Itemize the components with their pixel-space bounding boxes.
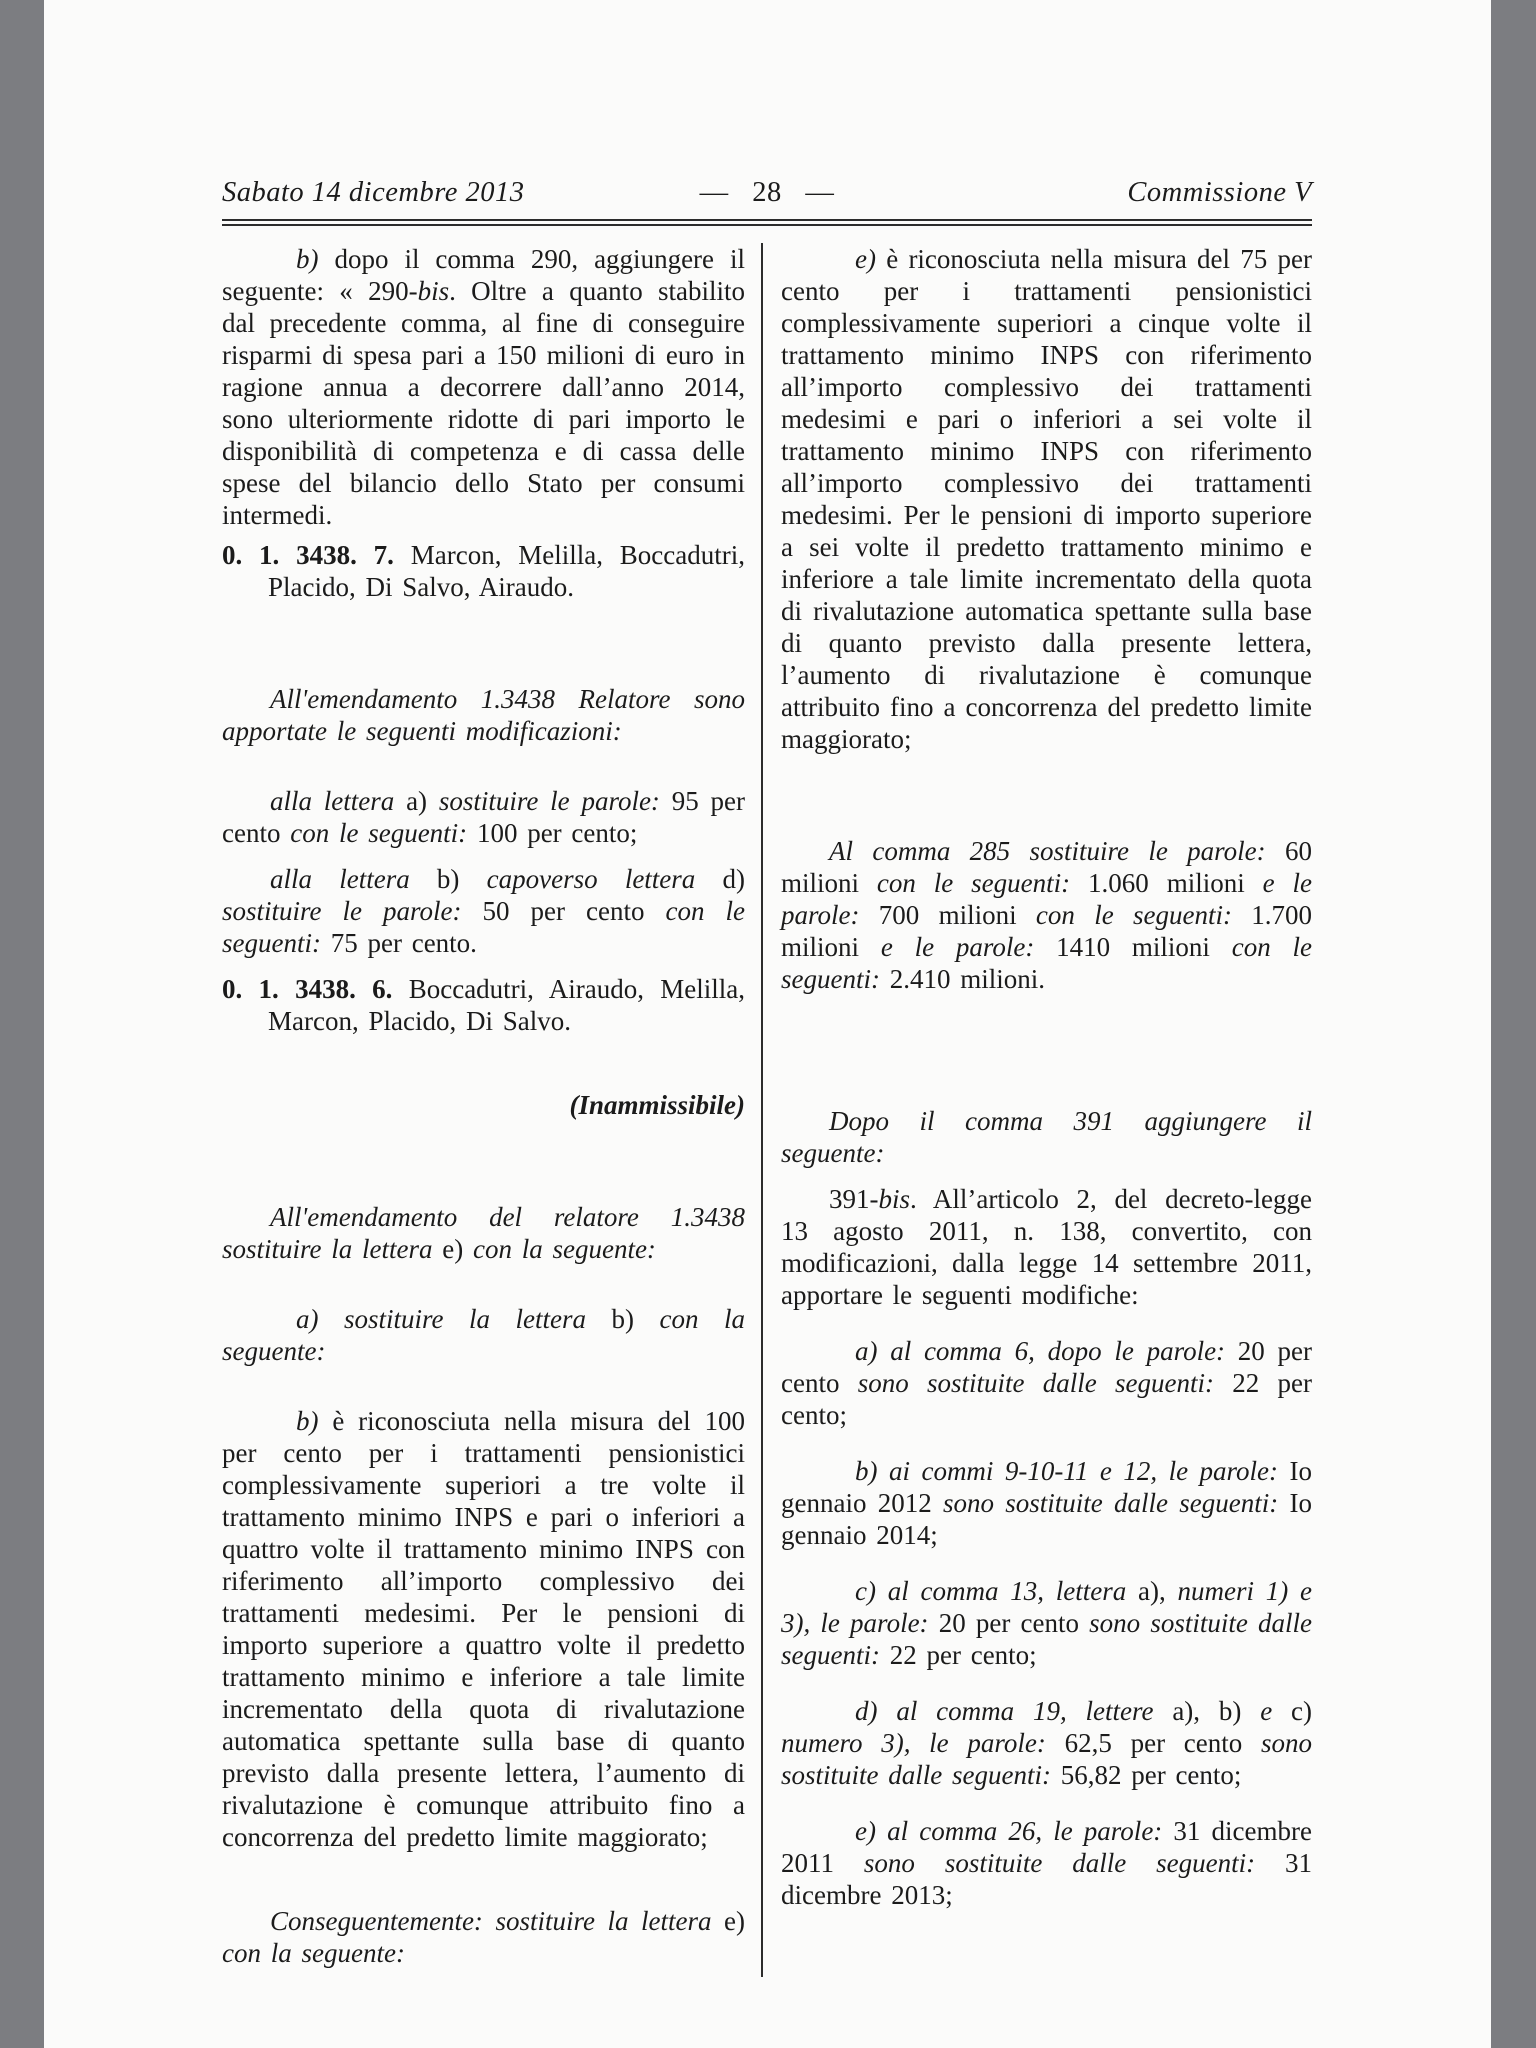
text-segment: a), [1138,1576,1178,1606]
header-page-number: — 28 — [700,176,835,210]
column-right: e) è riconosciuta nella misura del 75 pe… [763,243,1312,1977]
text-segment: 50 per cento [483,896,666,926]
text-segment: a) [406,786,439,816]
text-segment: 22 per cento; [890,1640,1037,1670]
text-segment: a) al comma 6, dopo le parole: [855,1336,1238,1366]
text-segment: b) ai commi 9-10-11 e 12, le parole: [855,1456,1290,1486]
page-header: Sabato 14 dicembre 2013 — 28 — Commissio… [222,176,1312,226]
text-segment: 75 per cento. [331,928,477,958]
paragraph: All'emendamento 1.3438 Relatore sono app… [222,683,745,747]
paragraph: All'emendamento del relatore 1.3438 sost… [222,1201,745,1265]
paragraph: (Inammissibile) [222,1089,745,1121]
text-segment: con le seguenti: [290,818,477,848]
text-segment: 62,5 per cento [1065,1728,1261,1758]
text-segment: d) al comma 19, lettere [855,1696,1172,1726]
text-segment: (Inammissibile) [569,1090,745,1120]
text-segment: è riconosciuta nella misura del 75 per c… [781,244,1312,754]
paragraph: Dopo il comma 391 aggiungere il seguente… [781,1105,1312,1169]
text-columns: b) dopo il comma 290, aggiungere il segu… [222,243,1312,1977]
paragraph: alla lettera a) sostituire le parole: 95… [222,785,745,849]
text-segment: All'emendamento 1.3438 Relatore sono app… [222,684,745,746]
text-segment: . Oltre a quanto stabilito dal precedent… [222,276,745,530]
paragraph: d) al comma 19, lettere a), b) e c) nume… [781,1695,1312,1791]
text-segment: 1410 milioni [1056,932,1232,962]
text-segment: e [1260,1696,1291,1726]
text-segment: sono sostituite dalle seguenti: [943,1488,1290,1518]
text-segment: sostituire le parole: [439,786,672,816]
column-left: b) dopo il comma 290, aggiungere il segu… [222,243,763,1977]
paragraph: 0. 1. 3438. 7. Marcon, Melilla, Boccadut… [222,539,745,603]
text-segment: e) [855,244,886,274]
text-segment: e) [724,1906,745,1936]
text-segment: Al comma 285 sostituire le parole: [829,836,1285,866]
text-segment: d) [723,864,746,894]
text-segment: alla lettera [270,786,406,816]
text-segment: è riconosciuta nella misura del 100 per … [222,1406,745,1852]
paragraph: a) sostituire la lettera b) con la segue… [222,1303,745,1367]
text-segment: con le seguenti: [877,868,1088,898]
text-segment: b) [296,1406,332,1436]
text-segment: alla lettera [270,864,437,894]
text-segment: bis [418,276,450,306]
text-segment: e) [442,1234,473,1264]
paragraph: alla lettera b) capoverso lettera d) sos… [222,863,745,959]
text-segment: 56,82 per cento; [1061,1760,1242,1790]
text-segment: Dopo il comma 391 aggiungere il seguente… [781,1106,1312,1168]
paragraph: b) ai commi 9-10-11 e 12, le parole: Io … [781,1455,1312,1551]
text-segment: numero 3), le parole: [781,1728,1065,1758]
text-segment: e le parole: [881,932,1056,962]
text-segment: con la seguente: [473,1234,656,1264]
paragraph: e) è riconosciuta nella misura del 75 pe… [781,243,1312,755]
text-segment: capoverso lettera [487,864,723,894]
text-segment: 100 per cento; [477,818,637,848]
text-segment: Conseguentemente: sostituire la lettera [270,1906,724,1936]
page: { "page": { "paper_color": "#fbfbfa", "e… [0,0,1536,2048]
text-segment: b) [296,244,334,274]
text-segment: sono sostituite dalle seguenti: [864,1848,1285,1878]
text-segment: con le seguenti: [1036,900,1251,930]
paragraph: a) al comma 6, dopo le parole: 20 per ce… [781,1335,1312,1431]
header-date: Sabato 14 dicembre 2013 [222,176,700,210]
paragraph: Al comma 285 sostituire le parole: 60 mi… [781,835,1312,995]
text-segment: 20 per cento [939,1608,1089,1638]
text-segment: a) sostituire la lettera [296,1304,612,1334]
text-segment: 2.410 milioni. [890,964,1045,994]
text-segment: e) al comma 26, le parole: [855,1816,1173,1846]
paragraph: b) è riconosciuta nella misura del 100 p… [222,1405,745,1853]
paragraph: c) al comma 13, lettera a), numeri 1) e … [781,1575,1312,1671]
text-segment: 700 milioni [879,900,1036,930]
text-segment: a), b) [1172,1696,1260,1726]
header-committee: Commissione V [834,176,1312,210]
text-segment: 0. 1. 3438. 6. [222,974,409,1004]
paragraph: 391-bis. All’articolo 2, del decreto-leg… [781,1183,1312,1311]
paragraph: 0. 1. 3438. 6. Boccadutri, Airaudo, Meli… [222,973,745,1037]
text-segment: b) [612,1304,660,1334]
text-segment: sono sostituite dalle seguenti: [858,1368,1233,1398]
text-segment: bis [879,1184,911,1214]
text-segment: b) [437,864,487,894]
text-segment: con la seguente: [222,1938,405,1968]
text-segment: c) [1291,1696,1312,1726]
text-segment: 1.060 milioni [1088,868,1263,898]
left-scan-edge [0,0,44,2048]
text-segment: c) al comma 13, lettera [855,1576,1138,1606]
paragraph: e) al comma 26, le parole: 31 dicembre 2… [781,1815,1312,1911]
text-segment: 0. 1. 3438. 7. [222,540,411,570]
right-scan-edge [1491,0,1536,2048]
paragraph: Conseguentemente: sostituire la lettera … [222,1905,745,1969]
paragraph: b) dopo il comma 290, aggiungere il segu… [222,243,745,531]
text-segment: 391- [829,1184,879,1214]
text-segment: sostituire le parole: [222,896,483,926]
